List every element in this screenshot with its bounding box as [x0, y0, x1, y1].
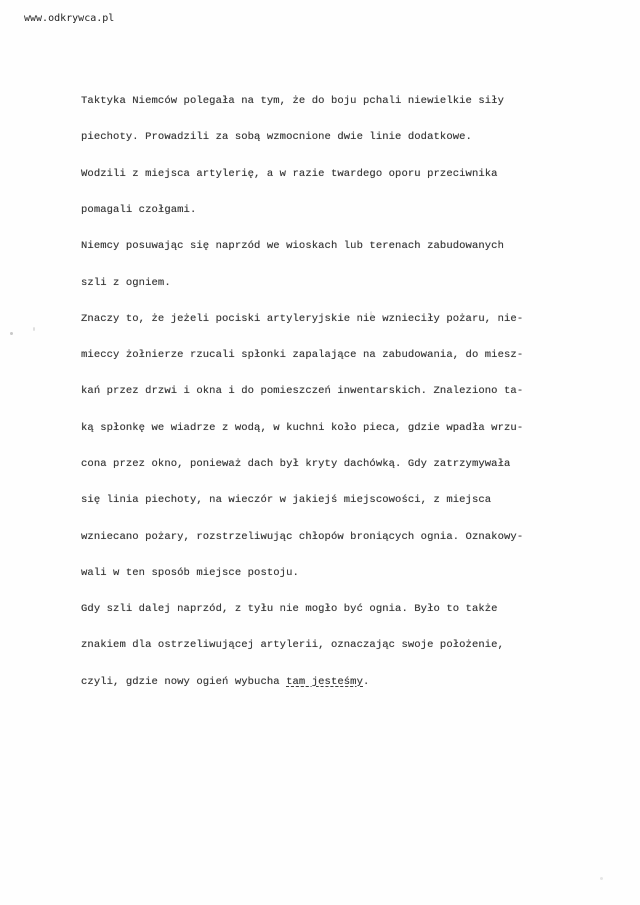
document-line: cona przez okno, ponieważ dach był kryty… [81, 458, 640, 470]
underlined-phrase: tam jesteśmy [286, 676, 363, 688]
document-line: się linia piechoty, na wieczór w jakiejś… [81, 494, 640, 506]
document-line: szli z ogniem. [81, 277, 640, 289]
document-line: Gdy szli dalej naprzód, z tyłu nie mogło… [81, 603, 640, 615]
scan-speck [33, 327, 35, 331]
document-line: mieccy żołnierze rzucali spłonki zapalaj… [81, 349, 640, 361]
document-line: kań przez drzwi i okna i do pomieszczeń … [81, 385, 640, 397]
last-line-start: czyli, gdzie nowy ogień wybucha [81, 676, 286, 688]
document-line: piechoty. Prowadzili za sobą wzmocnione … [81, 131, 640, 143]
document-line: pomagali czołgami. [81, 204, 640, 216]
document-line: ką spłonkę we wiadrze z wodą, w kuchni k… [81, 422, 640, 434]
document-line: Wodzili z miejsca artylerię, a w razie t… [81, 168, 640, 180]
document-line: Znaczy to, że jeżeli pociski artyleryjsk… [81, 313, 640, 325]
document-last-line: czyli, gdzie nowy ogień wybucha tam jest… [81, 676, 640, 688]
document-line: Niemcy posuwając się naprzód we wioskach… [81, 240, 640, 252]
document-line: wali w ten sposób miejsce postoju. [81, 567, 640, 579]
document-line: wzniecano pożary, rozstrzeliwując chłopó… [81, 531, 640, 543]
document-line: znakiem dla ostrzeliwującej artylerii, o… [81, 639, 640, 651]
scan-speck [10, 332, 13, 335]
document-line: Taktyka Niemców polegała na tym, że do b… [81, 95, 640, 107]
site-watermark: www.odkrywca.pl [24, 13, 114, 24]
scan-speck [600, 877, 603, 880]
last-line-period: . [363, 676, 369, 688]
typewritten-document: Taktyka Niemców polegała na tym, że do b… [81, 71, 640, 700]
scan-speck [370, 311, 372, 316]
